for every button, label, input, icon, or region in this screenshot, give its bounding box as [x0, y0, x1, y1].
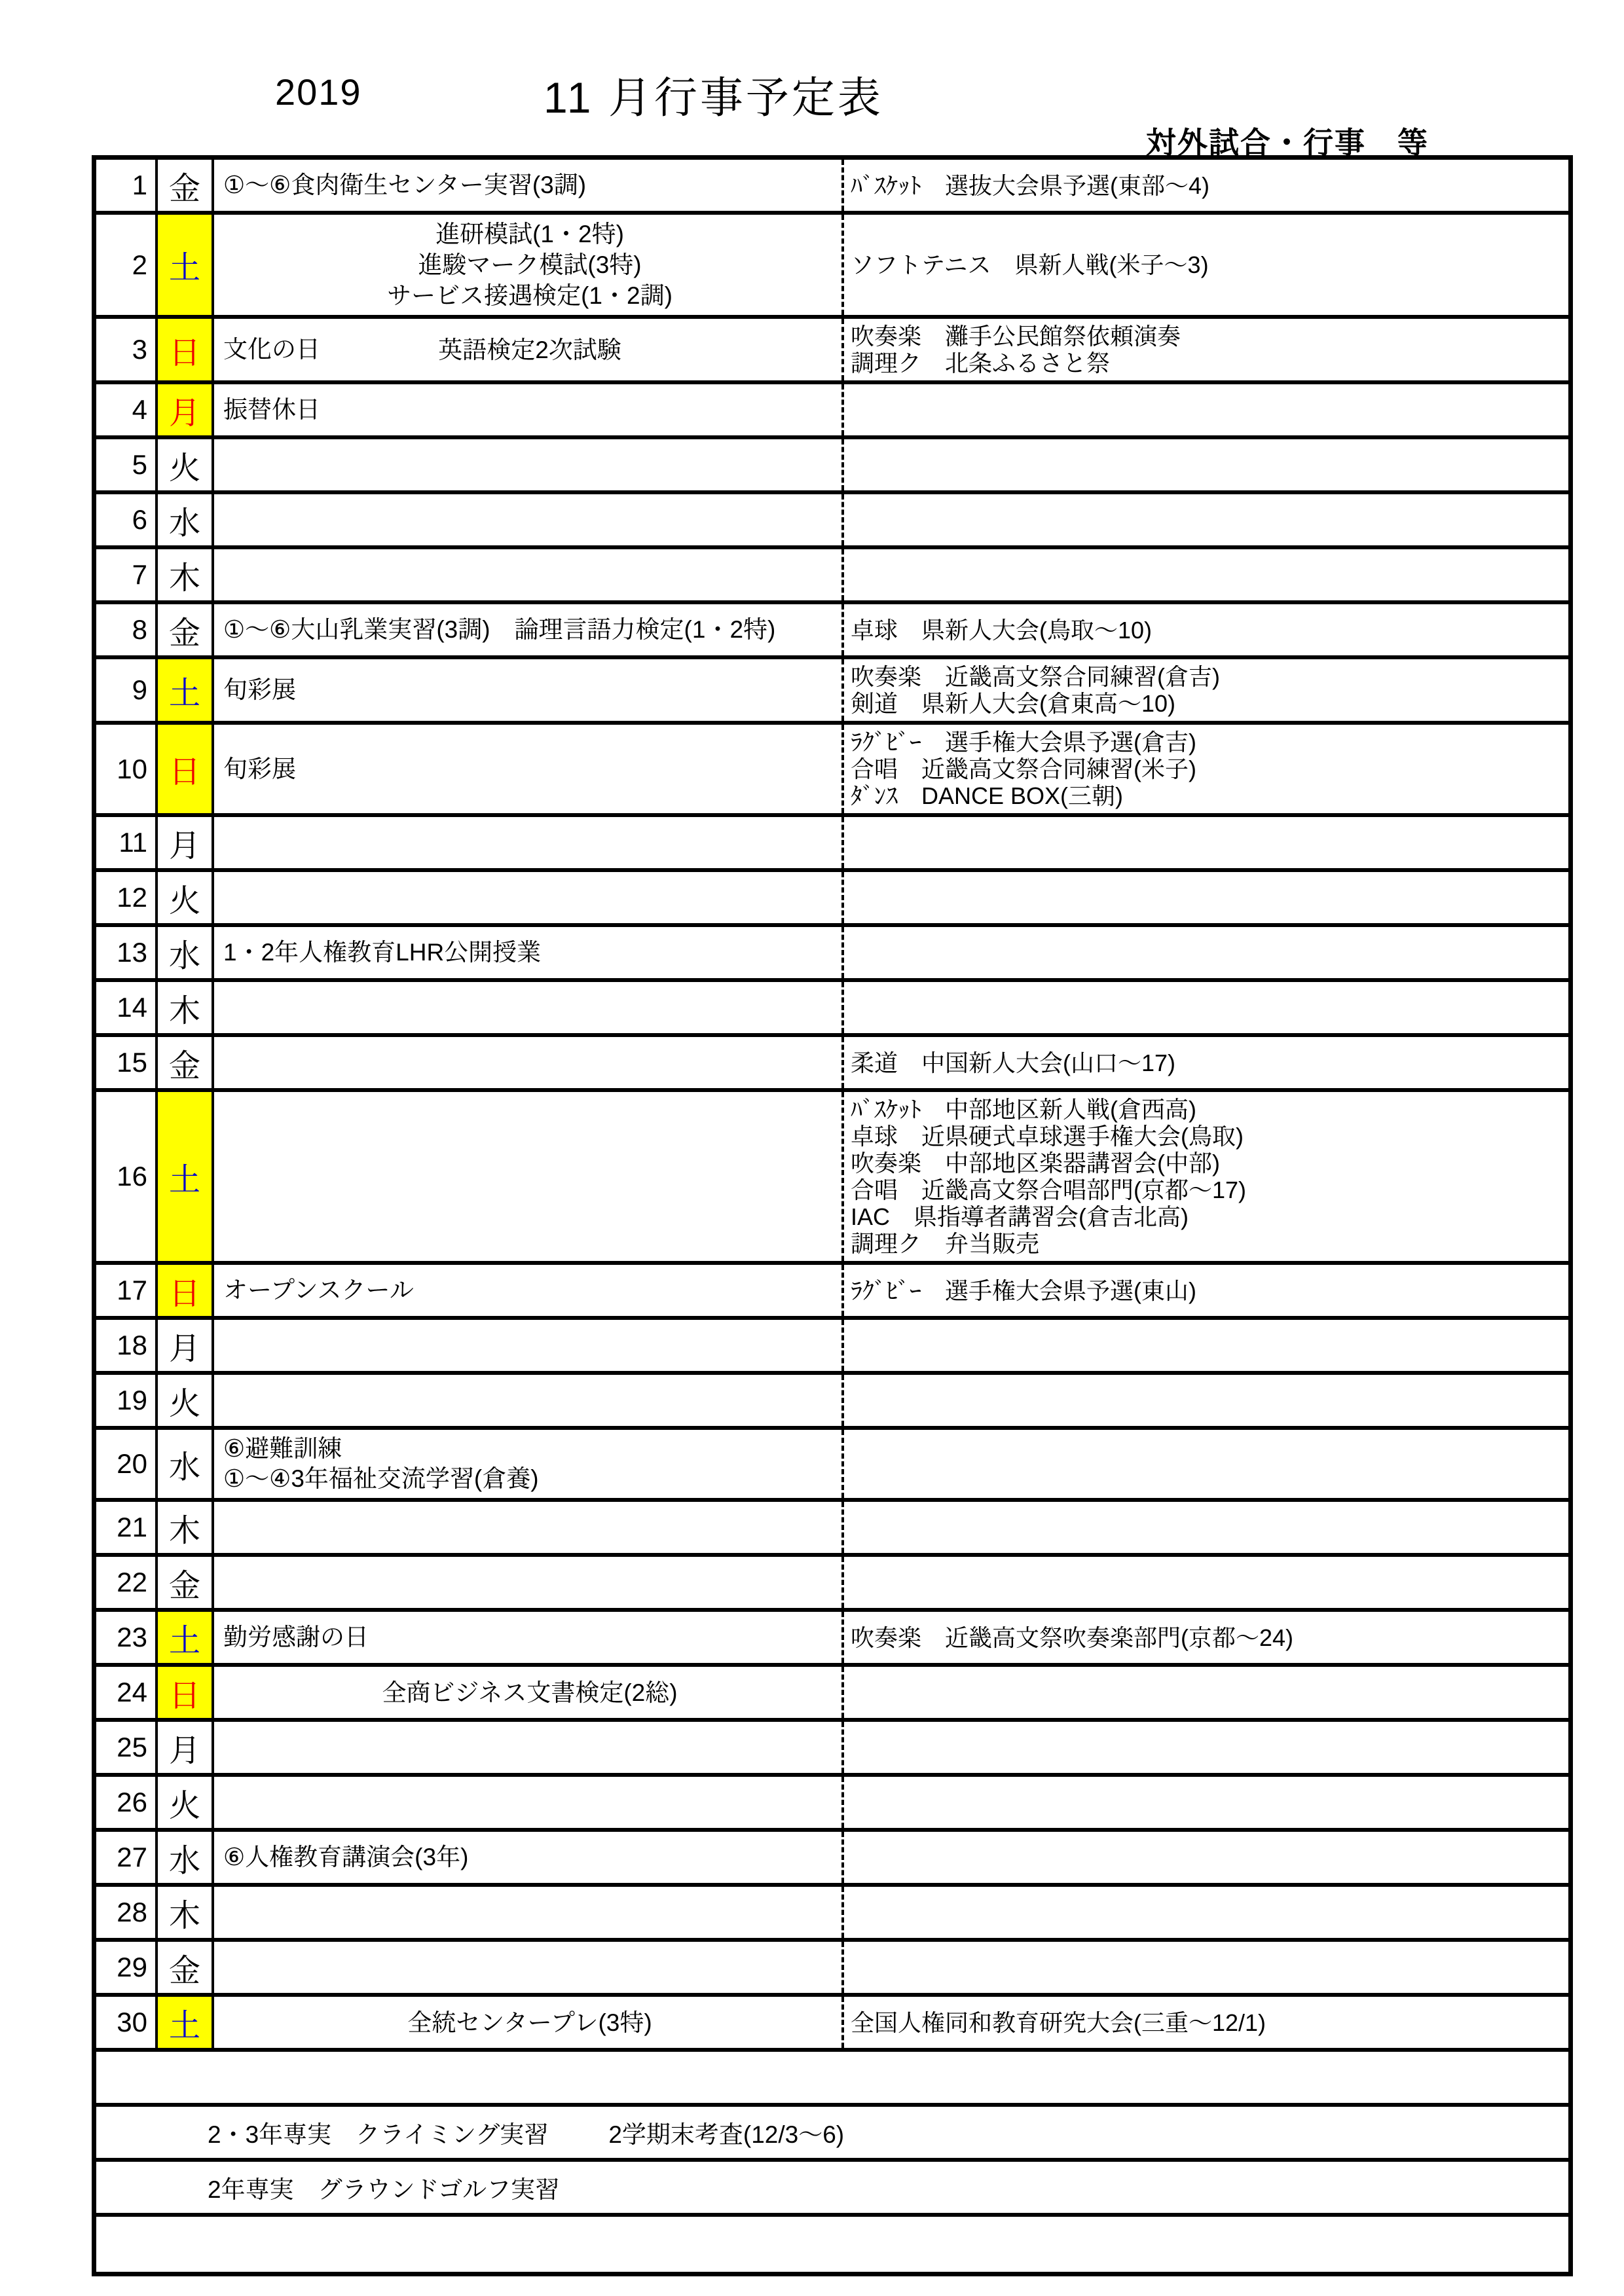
footer-cell: [96, 2217, 1568, 2272]
external-events-cell: 吹奏楽 灘手公民館祭依頼演奏調理ク 北条ふるさと祭: [844, 319, 1568, 380]
weekday-text: 日: [169, 746, 200, 792]
date-number-text: 8: [132, 614, 147, 646]
footer-item: 2学期末考査(12/3～6): [608, 2115, 844, 2150]
date-number: 30: [96, 1997, 158, 2048]
footer-cell: 2・3年専実 クライミング実習2学期末考査(12/3～6): [96, 2107, 1568, 2158]
weekday-text: 水: [169, 930, 200, 975]
weekday-text: 日: [169, 327, 200, 373]
calendar-row: 11月: [96, 817, 1568, 872]
external-events-cell: [844, 1887, 1568, 1938]
weekday-text: 月: [169, 1323, 200, 1368]
date-number: 26: [96, 1777, 158, 1828]
external-events-cell: ﾊﾞｽｹｯﾄ 中部地区新人戦(倉西高)卓球 近県硬式卓球選手権大会(鳥取)吹奏楽…: [844, 1092, 1568, 1261]
calendar-row: 4月振替休日: [96, 384, 1568, 439]
school-events-cell: [214, 1887, 844, 1938]
date-number-text: 27: [117, 1842, 147, 1873]
external-event: IAC 県指導者講習会(倉吉北高): [851, 1203, 1564, 1230]
calendar-row: 21木: [96, 1502, 1568, 1557]
school-events-cell: [214, 439, 844, 490]
weekday-text: 金: [169, 608, 200, 653]
date-number-text: 25: [117, 1732, 147, 1763]
calendar-row: 19火: [96, 1375, 1568, 1430]
weekday-text: 火: [169, 1378, 200, 1423]
weekday-text: 金: [169, 1945, 200, 1990]
weekday-text: 日: [169, 1670, 200, 1715]
school-event: 勤労感謝の日: [223, 1622, 836, 1652]
calendar-row: 7木: [96, 549, 1568, 604]
weekday-cell: 土: [158, 1612, 214, 1663]
weekday-cell: 月: [158, 817, 214, 868]
external-events-cell: [844, 817, 1568, 868]
calendar-row: 1金①～⑥食肉衛生センター実習(3調)ﾊﾞｽｹｯﾄ 選抜大会県予選(東部～4): [96, 160, 1568, 215]
weekday-text: 土: [169, 1154, 200, 1199]
weekday-cell: 水: [158, 927, 214, 978]
footer-row: 2・3年専実 クライミング実習2学期末考査(12/3～6): [96, 2107, 1568, 2162]
school-events-cell: [214, 1777, 844, 1828]
date-number: 5: [96, 439, 158, 490]
external-events-cell: ﾗｸﾞﾋﾞｰ 選手権大会県予選(倉吉)合唱 近畿高文祭合同練習(米子)ﾀﾞﾝｽ …: [844, 725, 1568, 813]
weekday-cell: 日: [158, 1667, 214, 1718]
calendar-row: 20水⑥避難訓練①～④3年福祉交流学習(倉養): [96, 1430, 1568, 1502]
weekday-cell: 金: [158, 1942, 214, 1993]
date-number: 19: [96, 1375, 158, 1426]
date-number: 23: [96, 1612, 158, 1663]
date-number-text: 26: [117, 1787, 147, 1818]
external-events-cell: [844, 439, 1568, 490]
school-events-cell: [214, 494, 844, 545]
school-event-centered: サービス接遇検定(1・2調): [223, 280, 836, 311]
external-events-cell: [844, 927, 1568, 978]
footer-row: [96, 2052, 1568, 2107]
date-number-text: 28: [117, 1897, 147, 1928]
weekday-text: 月: [169, 820, 200, 866]
calendar-row: 9土旬彩展吹奏楽 近畿高文祭合同練習(倉吉)剣道 県新人大会(倉東高～10): [96, 659, 1568, 725]
date-number: 8: [96, 604, 158, 655]
footer-cell: 2年専実 グラウンドゴルフ実習: [96, 2162, 1568, 2213]
date-number: 17: [96, 1265, 158, 1316]
school-events-cell: 旬彩展: [214, 725, 844, 813]
external-events-cell: [844, 1942, 1568, 1993]
school-events-cell: ①～⑥大山乳業実習(3調) 論理言語力検定(1・2特): [214, 604, 844, 655]
date-number: 28: [96, 1887, 158, 1938]
calendar-row: 23土勤労感謝の日吹奏楽 近畿高文祭吹奏楽部門(京都～24): [96, 1612, 1568, 1667]
school-events-cell: 1・2年人権教育LHR公開授業: [214, 927, 844, 978]
date-number: 13: [96, 927, 158, 978]
school-event: ①～⑥大山乳業実習(3調) 論理言語力検定(1・2特): [223, 615, 836, 645]
weekday-text: 日: [169, 1268, 200, 1313]
weekday-cell: 水: [158, 494, 214, 545]
school-events-cell: 全商ビジネス文書検定(2総): [214, 1667, 844, 1718]
external-events-cell: [844, 1375, 1568, 1426]
school-event: 旬彩展: [223, 675, 836, 705]
calendar-row: 16土ﾊﾞｽｹｯﾄ 中部地区新人戦(倉西高)卓球 近県硬式卓球選手権大会(鳥取)…: [96, 1092, 1568, 1265]
weekday-text: 木: [169, 553, 200, 598]
weekday-cell: 火: [158, 1375, 214, 1426]
weekday-text: 月: [169, 1725, 200, 1770]
date-number-text: 17: [117, 1275, 147, 1306]
date-number: 24: [96, 1667, 158, 1718]
school-event-centered: 進研模試(1・2特): [223, 219, 836, 249]
school-events-cell: ①～⑥食肉衛生センター実習(3調): [214, 160, 844, 211]
external-event: ﾀﾞﾝｽ DANCE BOX(三朝): [851, 782, 1564, 809]
school-event: ①～⑥食肉衛生センター実習(3調): [223, 170, 836, 200]
external-events-cell: 吹奏楽 近畿高文祭吹奏楽部門(京都～24): [844, 1612, 1568, 1663]
calendar-row: 12火: [96, 872, 1568, 927]
external-event: 吹奏楽 灘手公民館祭依頼演奏: [851, 323, 1564, 350]
calendar-row: 26火: [96, 1777, 1568, 1832]
date-number-text: 21: [117, 1512, 147, 1543]
calendar-row: 14木: [96, 982, 1568, 1037]
school-events-left-group: 文化の日: [223, 319, 320, 380]
school-events-cell: 旬彩展: [214, 659, 844, 721]
weekday-text: 木: [169, 1890, 200, 1935]
external-event: 合唱 近畿高文祭合同練習(米子): [851, 756, 1564, 782]
date-number-text: 23: [117, 1622, 147, 1653]
weekday-cell: 木: [158, 1887, 214, 1938]
calendar-row: 8金①～⑥大山乳業実習(3調) 論理言語力検定(1・2特)卓球 県新人大会(鳥取…: [96, 604, 1568, 659]
external-events-cell: ﾗｸﾞﾋﾞｰ 選手権大会県予選(東山): [844, 1265, 1568, 1316]
weekday-cell: 月: [158, 384, 214, 435]
date-number-text: 29: [117, 1952, 147, 1983]
school-events-cell: [214, 1037, 844, 1088]
weekday-cell: 金: [158, 1557, 214, 1608]
weekday-text: 水: [169, 1442, 200, 1487]
date-number-text: 24: [117, 1677, 147, 1708]
weekday-cell: 月: [158, 1320, 214, 1371]
date-number: 4: [96, 384, 158, 435]
weekday-cell: 木: [158, 1502, 214, 1553]
weekday-text: 土: [169, 2000, 200, 2045]
school-event: ⑥避難訓練: [223, 1434, 836, 1464]
schedule-table: 1金①～⑥食肉衛生センター実習(3調)ﾊﾞｽｹｯﾄ 選抜大会県予選(東部～4)2…: [92, 155, 1573, 2276]
school-events-cell: ⑥避難訓練①～④3年福祉交流学習(倉養): [214, 1430, 844, 1498]
external-events-cell: [844, 1320, 1568, 1371]
external-event: 合唱 近畿高文祭合唱部門(京都～17): [851, 1176, 1564, 1203]
school-events-cell: [214, 982, 844, 1033]
school-event: 文化の日: [223, 335, 320, 365]
external-event: 調理ク 弁当販売: [851, 1230, 1564, 1257]
school-events-cell: [214, 1320, 844, 1371]
external-event: 吹奏楽 中部地区楽器講習会(中部): [851, 1150, 1564, 1176]
weekday-cell: 月: [158, 1722, 214, 1773]
date-number: 7: [96, 549, 158, 600]
external-events-cell: [844, 1777, 1568, 1828]
monthly-schedule-page: 2019 11 月行事予定表 対外試合・行事 等 1金①～⑥食肉衛生センター実習…: [0, 0, 1624, 2296]
date-number-text: 1: [132, 170, 147, 201]
calendar-row: 25月: [96, 1722, 1568, 1777]
school-events-cell: 英語検定2次試験文化の日: [214, 319, 844, 380]
year-label: 2019: [275, 71, 362, 113]
date-number: 9: [96, 659, 158, 721]
external-events-cell: 卓球 県新人大会(鳥取～10): [844, 604, 1568, 655]
date-number-text: 7: [132, 559, 147, 591]
calendar-row: 3日英語検定2次試験文化の日吹奏楽 灘手公民館祭依頼演奏調理ク 北条ふるさと祭: [96, 319, 1568, 384]
external-events-cell: [844, 872, 1568, 923]
date-number: 3: [96, 319, 158, 380]
weekday-cell: 木: [158, 549, 214, 600]
date-number-text: 9: [132, 674, 147, 706]
footer-item: 2・3年専実 クライミング実習: [208, 2115, 548, 2150]
footer-row: 2年専実 グラウンドゴルフ実習: [96, 2162, 1568, 2217]
external-events-cell: [844, 1557, 1568, 1608]
school-events-cell: [214, 1722, 844, 1773]
calendar-row: 30土全統センタープレ(3特)全国人権同和教育研究大会(三重～12/1): [96, 1997, 1568, 2052]
date-number: 22: [96, 1557, 158, 1608]
weekday-text: 木: [169, 985, 200, 1030]
school-events-cell: オープンスクール: [214, 1265, 844, 1316]
weekday-cell: 日: [158, 319, 214, 380]
weekday-cell: 土: [158, 1092, 214, 1261]
external-events-cell: 全国人権同和教育研究大会(三重～12/1): [844, 1997, 1568, 2048]
footer-cell: [96, 2052, 1568, 2103]
date-number-text: 3: [132, 334, 147, 365]
school-events-cell: ⑥人権教育講演会(3年): [214, 1832, 844, 1883]
date-number-text: 4: [132, 394, 147, 426]
weekday-text: 土: [169, 1615, 200, 1660]
date-number-text: 11: [119, 827, 147, 858]
weekday-cell: 土: [158, 215, 214, 315]
weekday-text: 木: [169, 1505, 200, 1550]
calendar-row: 6水: [96, 494, 1568, 549]
weekday-text: 土: [169, 668, 200, 713]
date-number: 6: [96, 494, 158, 545]
school-event-centered: 全統センタープレ(3特): [223, 2007, 836, 2038]
external-events-cell: 吹奏楽 近畿高文祭合同練習(倉吉)剣道 県新人大会(倉東高～10): [844, 659, 1568, 721]
date-number-text: 5: [132, 449, 147, 481]
school-events-cell: 振替休日: [214, 384, 844, 435]
weekday-text: 水: [169, 1835, 200, 1880]
external-event: 吹奏楽 近畿高文祭合同練習(倉吉): [851, 663, 1564, 690]
date-number-text: 15: [117, 1047, 147, 1078]
weekday-cell: 金: [158, 604, 214, 655]
date-number-text: 14: [117, 992, 147, 1023]
school-events-cell: [214, 1092, 844, 1261]
date-number: 15: [96, 1037, 158, 1088]
date-number: 1: [96, 160, 158, 211]
external-event: ソフトテニス 県新人戦(米子～3): [851, 251, 1564, 278]
school-events-cell: [214, 872, 844, 923]
weekday-text: 金: [169, 163, 200, 208]
external-event: ﾗｸﾞﾋﾞｰ 選手権大会県予選(東山): [851, 1277, 1564, 1304]
date-number: 27: [96, 1832, 158, 1883]
external-event: ﾊﾞｽｹｯﾄ 中部地区新人戦(倉西高): [851, 1096, 1564, 1123]
school-events-cell: [214, 1942, 844, 1993]
external-event: 吹奏楽 近畿高文祭吹奏楽部門(京都～24): [851, 1624, 1564, 1651]
weekday-cell: 火: [158, 1777, 214, 1828]
calendar-row: 28木: [96, 1887, 1568, 1942]
school-event: 旬彩展: [223, 754, 836, 784]
weekday-cell: 日: [158, 1265, 214, 1316]
external-events-cell: [844, 384, 1568, 435]
calendar-row: 2土進研模試(1・2特)進駿マーク模試(3特)サービス接遇検定(1・2調)ソフト…: [96, 215, 1568, 319]
weekday-cell: 火: [158, 439, 214, 490]
date-number-text: 10: [117, 754, 147, 785]
date-number-text: 2: [132, 249, 147, 281]
page-title: 11 月行事予定表: [544, 63, 883, 125]
school-events-cell: 進研模試(1・2特)進駿マーク模試(3特)サービス接遇検定(1・2調): [214, 215, 844, 315]
external-events-cell: [844, 549, 1568, 600]
external-events-cell: [844, 1430, 1568, 1498]
external-event: ﾊﾞｽｹｯﾄ 選抜大会県予選(東部～4): [851, 172, 1564, 199]
school-event-centered: 進駿マーク模試(3特): [223, 249, 836, 280]
calendar-row: 5火: [96, 439, 1568, 494]
external-events-cell: ﾊﾞｽｹｯﾄ 選抜大会県予選(東部～4): [844, 160, 1568, 211]
weekday-cell: 火: [158, 872, 214, 923]
date-number: 10: [96, 725, 158, 813]
date-number-text: 19: [117, 1385, 147, 1416]
weekday-text: 金: [169, 1560, 200, 1605]
external-events-cell: [844, 494, 1568, 545]
external-events-cell: 柔道 中国新人大会(山口～17): [844, 1037, 1568, 1088]
calendar-row: 10日旬彩展ﾗｸﾞﾋﾞｰ 選手権大会県予選(倉吉)合唱 近畿高文祭合同練習(米子…: [96, 725, 1568, 817]
school-event: ①～④3年福祉交流学習(倉養): [223, 1464, 836, 1494]
date-number: 18: [96, 1320, 158, 1371]
date-number-text: 22: [117, 1567, 147, 1598]
external-event: 卓球 県新人大会(鳥取～10): [851, 617, 1564, 644]
weekday-text: 月: [169, 388, 200, 433]
school-event: 1・2年人権教育LHR公開授業: [223, 938, 836, 968]
date-number: 12: [96, 872, 158, 923]
calendar-row: 18月: [96, 1320, 1568, 1375]
date-number-text: 6: [132, 504, 147, 536]
weekday-cell: 土: [158, 659, 214, 721]
footer-item: 2年専実 グラウンドゴルフ実習: [208, 2170, 559, 2205]
date-number-text: 13: [117, 937, 147, 968]
external-events-cell: [844, 1667, 1568, 1718]
calendar-row: 17日オープンスクールﾗｸﾞﾋﾞｰ 選手権大会県予選(東山): [96, 1265, 1568, 1320]
calendar-row: 29金: [96, 1942, 1568, 1997]
date-number: 2: [96, 215, 158, 315]
date-number: 25: [96, 1722, 158, 1773]
school-events-cell: [214, 817, 844, 868]
footer-row: [96, 2217, 1568, 2272]
school-event: 振替休日: [223, 395, 836, 425]
date-number: 29: [96, 1942, 158, 1993]
date-number-text: 20: [117, 1448, 147, 1480]
external-event: ﾗｸﾞﾋﾞｰ 選手権大会県予選(倉吉): [851, 729, 1564, 756]
school-events-cell: 勤労感謝の日: [214, 1612, 844, 1663]
date-number-text: 12: [117, 882, 147, 913]
external-events-cell: [844, 1832, 1568, 1883]
weekday-text: 火: [169, 443, 200, 488]
weekday-text: 土: [169, 242, 200, 287]
calendar-row: 24日全商ビジネス文書検定(2総): [96, 1667, 1568, 1722]
school-events-cell: [214, 1375, 844, 1426]
weekday-cell: 水: [158, 1430, 214, 1498]
calendar-row: 27水⑥人権教育講演会(3年): [96, 1832, 1568, 1887]
external-event: 剣道 県新人大会(倉東高～10): [851, 690, 1564, 717]
weekday-text: 金: [169, 1040, 200, 1085]
school-events-cell: [214, 549, 844, 600]
external-events-cell: ソフトテニス 県新人戦(米子～3): [844, 215, 1568, 315]
weekday-cell: 金: [158, 160, 214, 211]
calendar-row: 15金柔道 中国新人大会(山口～17): [96, 1037, 1568, 1092]
external-event: 調理ク 北条ふるさと祭: [851, 350, 1564, 376]
weekday-cell: 金: [158, 1037, 214, 1088]
school-events-cell: 全統センタープレ(3特): [214, 1997, 844, 2048]
date-number: 16: [96, 1092, 158, 1261]
school-events-cell: [214, 1557, 844, 1608]
weekday-cell: 土: [158, 1997, 214, 2048]
date-number: 14: [96, 982, 158, 1033]
date-number: 11: [96, 817, 158, 868]
weekday-cell: 日: [158, 725, 214, 813]
weekday-cell: 木: [158, 982, 214, 1033]
external-event: 卓球 近県硬式卓球選手権大会(鳥取): [851, 1123, 1564, 1150]
date-number-text: 16: [117, 1161, 147, 1192]
weekday-text: 水: [169, 498, 200, 543]
school-event-centered: 全商ビジネス文書検定(2総): [223, 1677, 836, 1708]
calendar-row: 13水1・2年人権教育LHR公開授業: [96, 927, 1568, 982]
weekday-text: 火: [169, 1780, 200, 1825]
school-events-cell: [214, 1502, 844, 1553]
weekday-cell: 水: [158, 1832, 214, 1883]
date-number: 20: [96, 1430, 158, 1498]
external-events-cell: [844, 1722, 1568, 1773]
external-event: 柔道 中国新人大会(山口～17): [851, 1049, 1564, 1076]
calendar-row: 22金: [96, 1557, 1568, 1612]
external-events-cell: [844, 1502, 1568, 1553]
school-event: オープンスクール: [223, 1275, 836, 1305]
external-event: 全国人権同和教育研究大会(三重～12/1): [851, 2009, 1564, 2036]
school-event: ⑥人権教育講演会(3年): [223, 1842, 836, 1872]
date-number-text: 30: [117, 2007, 147, 2038]
weekday-text: 火: [169, 875, 200, 920]
date-number-text: 18: [117, 1330, 147, 1361]
external-events-cell: [844, 982, 1568, 1033]
date-number: 21: [96, 1502, 158, 1553]
